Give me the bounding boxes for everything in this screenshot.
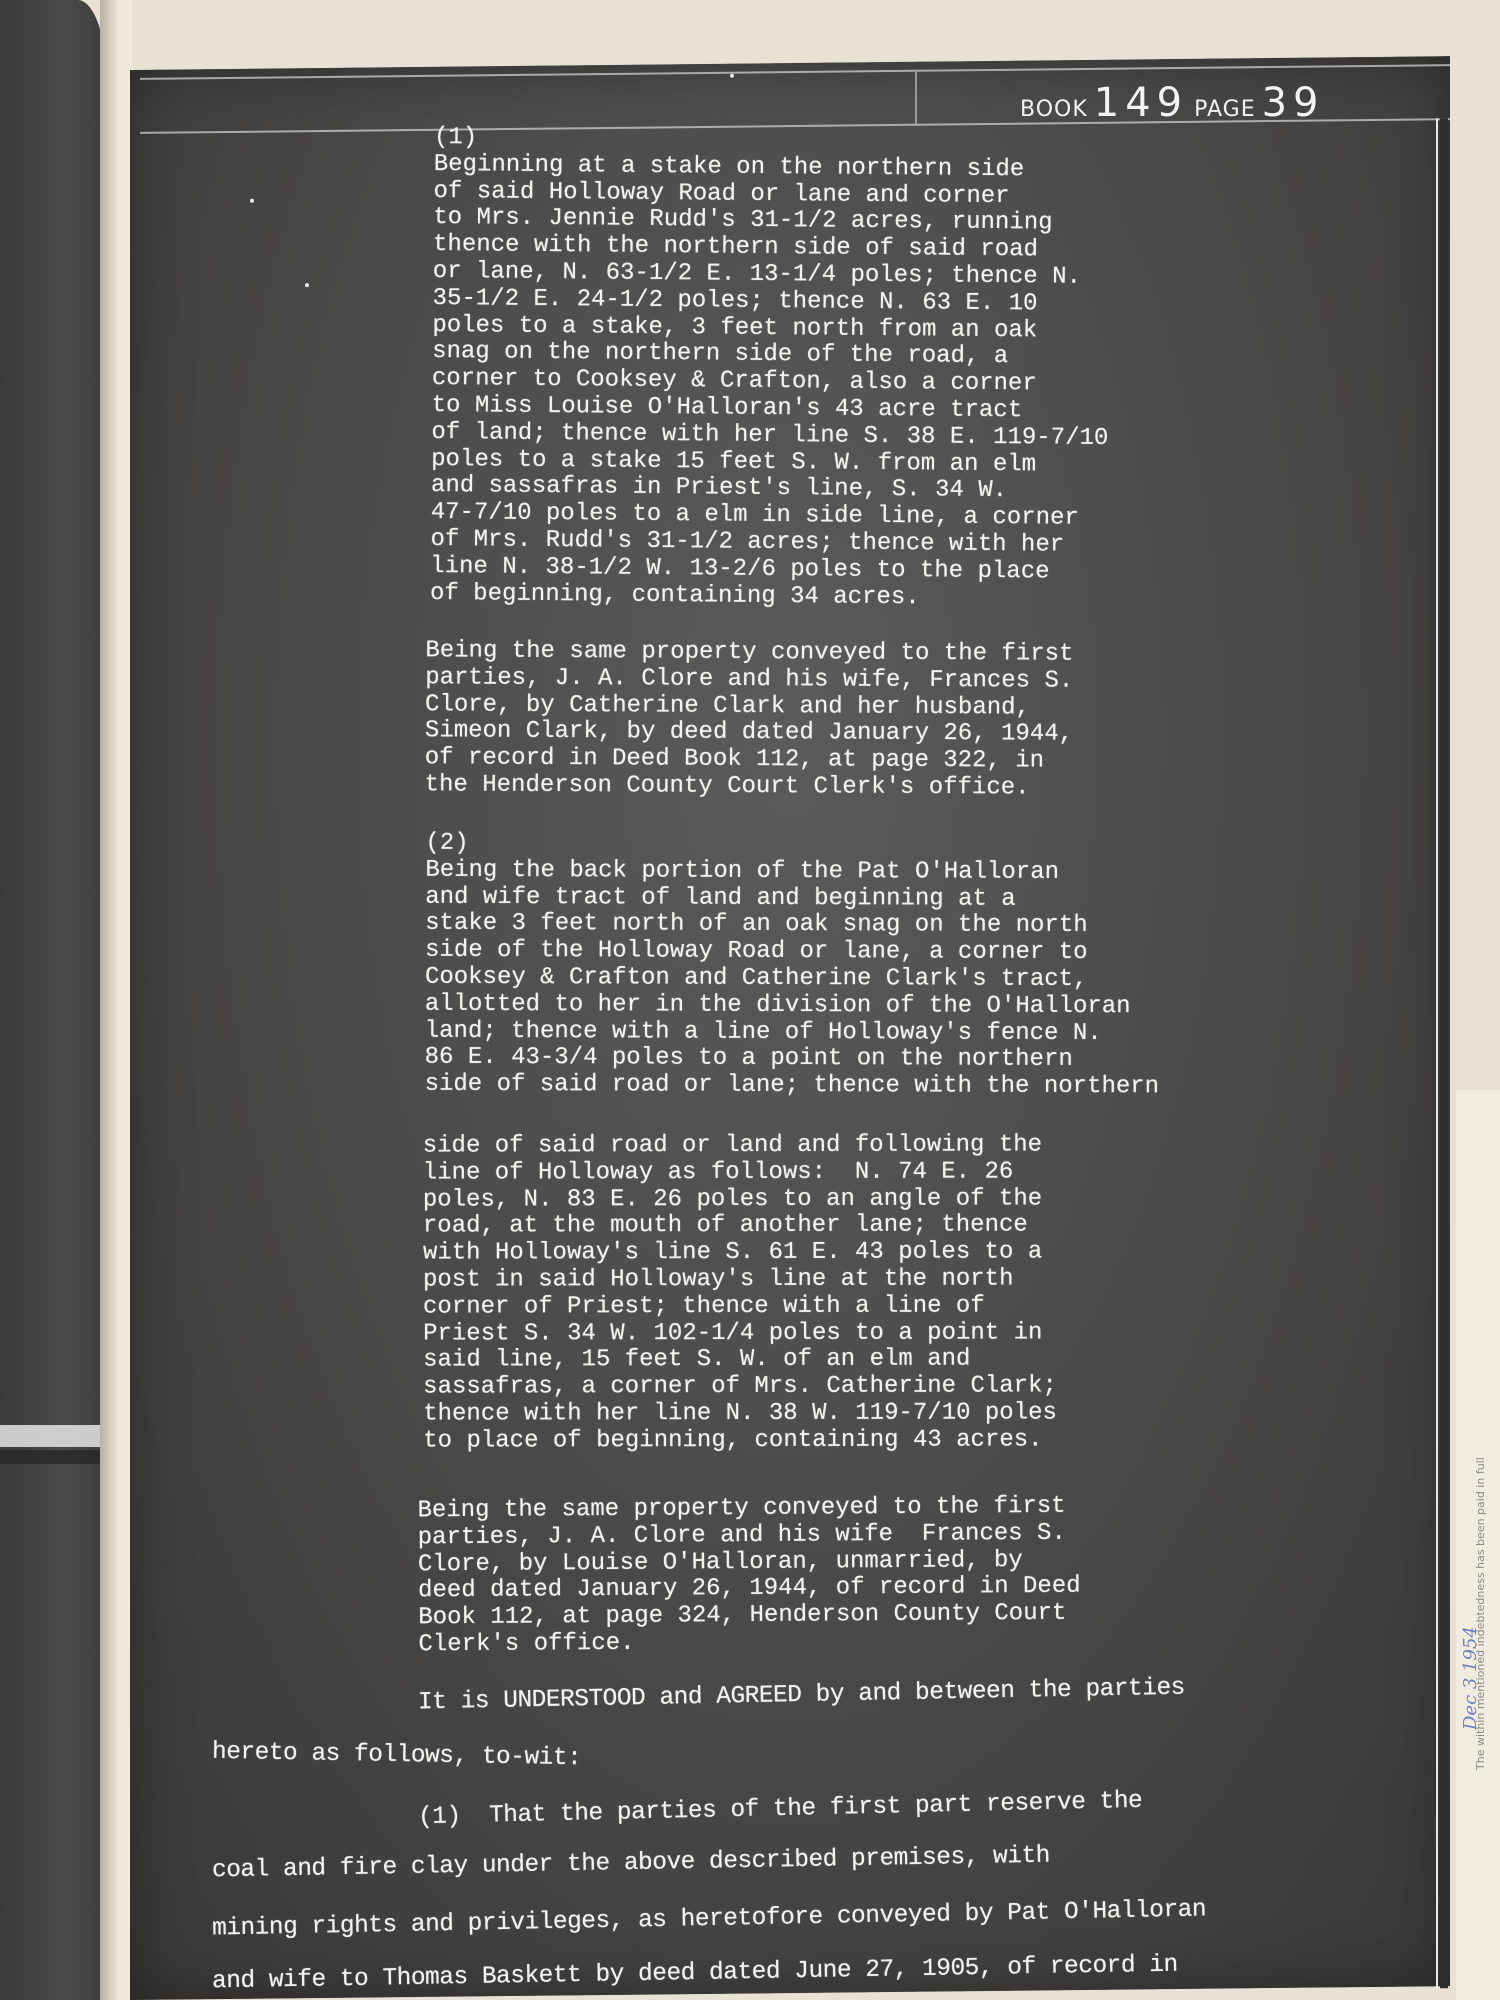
- tract-1-description: (1) Beginning at a stake on the northern…: [430, 125, 1111, 613]
- book-label: BOOK: [1020, 97, 1088, 122]
- tract-2-description: (2) Being the back portion of the Pat O'…: [425, 831, 1160, 1102]
- book-number: 149: [1094, 80, 1188, 126]
- tract-1-source: Being the same property conveyed to the …: [425, 638, 1074, 802]
- right-margin-rule: [1436, 118, 1438, 1988]
- previous-page-edge: [0, 0, 108, 2000]
- page-label: PAGE: [1194, 97, 1255, 122]
- book-page-stamp: BOOK 149 PAGE 39: [1020, 80, 1325, 126]
- handwritten-date: Dec 3 1954: [1460, 1430, 1481, 1730]
- margin-release-note: The within mentioned indebtedness has be…: [1456, 1090, 1500, 2000]
- tract-2-description-continued: side of said road or land and following …: [423, 1132, 1057, 1455]
- header-rule: [140, 64, 1450, 80]
- book-gutter: [100, 0, 132, 2000]
- header-divider: [915, 72, 917, 124]
- page-number: 39: [1262, 80, 1325, 126]
- tract-2-source: Being the same property conveyed to the …: [417, 1494, 1081, 1659]
